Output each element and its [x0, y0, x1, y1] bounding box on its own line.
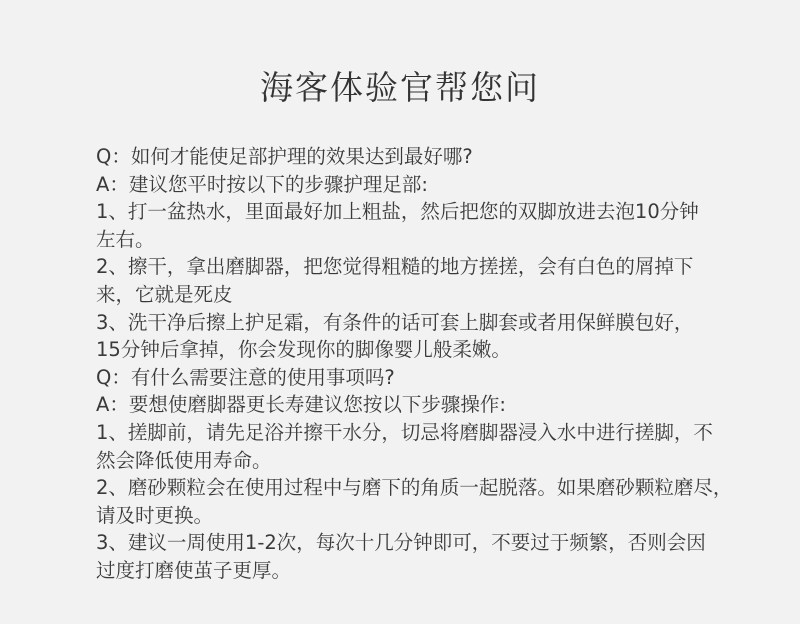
answer-1-step-1: 1、打一盆热水，里面最好加上粗盐，然后把您的双脚放进去泡10分钟: [96, 198, 736, 226]
answer-1-step-3-cont: 15分钟后拿掉，你会发现你的脚像婴儿般柔嫩。: [96, 336, 736, 364]
answer-2-step-2: 2、磨砂颗粒会在使用过程中与磨下的角质一起脱落。如果磨砂颗粒磨尽，: [96, 474, 736, 502]
answer-2-step-1-cont: 然会降低使用寿命。: [96, 447, 736, 475]
answer-2-intro: A：要想使磨脚器更长寿建议您按以下步骤操作:: [96, 391, 736, 419]
faq-content: Q：如何才能使足部护理的效果达到最好哪? A：建议您平时按以下的步骤护理足部: …: [96, 143, 736, 585]
answer-1-step-3: 3、洗干净后擦上护足霜，有条件的话可套上脚套或者用保鲜膜包好，: [96, 309, 736, 337]
answer-1-step-1-cont: 左右。: [96, 226, 736, 254]
answer-2-step-1: 1、搓脚前，请先足浴并擦干水分，切忌将磨脚器浸入水中进行搓脚，不: [96, 419, 736, 447]
question-2: Q：有什么需要注意的使用事项吗?: [96, 364, 736, 392]
answer-2-step-3-cont: 过度打磨使茧子更厚。: [96, 557, 736, 585]
page-title: 海客体验官帮您问: [0, 62, 800, 114]
answer-2-step-2-cont: 请及时更换。: [96, 502, 736, 530]
question-1: Q：如何才能使足部护理的效果达到最好哪?: [96, 143, 736, 171]
answer-1-intro: A：建议您平时按以下的步骤护理足部:: [96, 171, 736, 199]
answer-1-step-2-cont: 来，它就是死皮: [96, 281, 736, 309]
answer-1-step-2: 2、擦干，拿出磨脚器，把您觉得粗糙的地方搓搓，会有白色的屑掉下: [96, 253, 736, 281]
answer-2-step-3: 3、建议一周使用1-2次，每次十几分钟即可，不要过于频繁，否则会因: [96, 529, 736, 557]
